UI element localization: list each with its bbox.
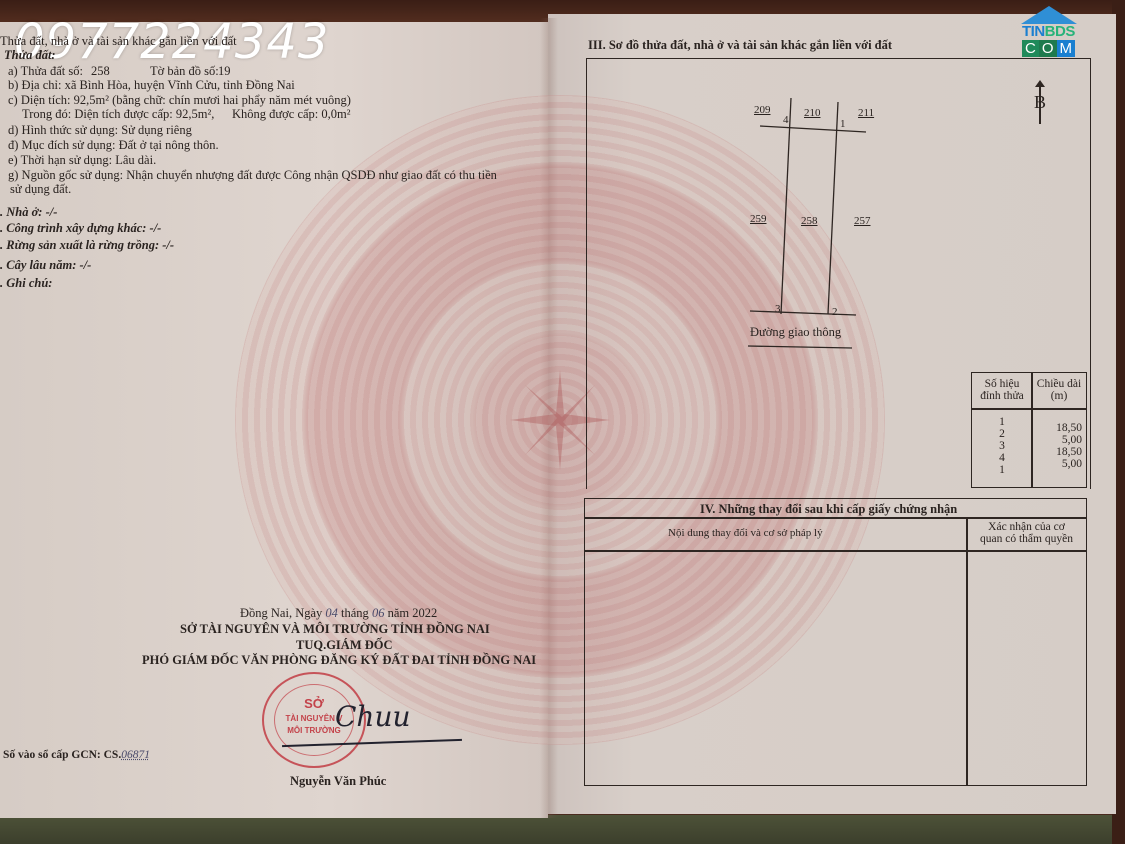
edge-vertex-cell: 2 (973, 428, 1031, 440)
vertex-2: 2 (832, 305, 838, 320)
issue-day: 04 (325, 606, 338, 620)
vertex-3: 3 (775, 302, 781, 317)
changes-column-confirmation: Xác nhận của cơ quan có thẩm quyền (968, 521, 1085, 545)
header-length: Chiều dài (m) (1034, 378, 1084, 402)
parcel-258: 258 (801, 214, 818, 229)
area-granted: Trong đó: Diện tích được cấp: 92,5m², (22, 107, 214, 122)
map-sheet-label: Tờ bản đồ số: (150, 64, 219, 79)
edge-vertex-cell: 4 (973, 452, 1031, 464)
address-line: b) Địa chỉ: xã Bình Hòa, huyện Vĩnh Cửu,… (8, 78, 295, 93)
tinbds-logo: TINBDS C O M (1018, 6, 1080, 62)
other-construction-section: . Công trình xây dựng khác: -/- (0, 221, 161, 236)
land-heading: Thửa đất: (4, 48, 56, 63)
edge-length-cell: 5,00 (1034, 458, 1082, 470)
area-not-granted: Không được cấp: 0,0m² (232, 107, 351, 122)
area-line: c) Diện tích: 92,5m² (bằng chữ: chín mươ… (8, 93, 351, 108)
edge-length-cell: 18,50 (1034, 422, 1082, 434)
signature: Chuu (335, 700, 411, 733)
issue-date: Đồng Nai, Ngày 04 tháng 06 năm 2022 (240, 606, 437, 621)
logo-letter-o: O (1039, 40, 1057, 57)
signer-name: Nguyễn Văn Phúc (290, 774, 386, 789)
edge-vertex-cell: 1 (973, 416, 1031, 428)
department-name: SỞ TÀI NGUYÊN VÀ MÔI TRƯỜNG TỈNH ĐỒNG NA… (180, 622, 490, 637)
logo-letter-c: C (1022, 40, 1039, 57)
section-iii-title: III. Sơ đồ thửa đất, nhà ở và tài sản kh… (588, 38, 892, 53)
house-roof-icon (1021, 6, 1077, 24)
background-bottom (0, 815, 1125, 844)
usage-origin-line2: sử dụng đất. (10, 182, 71, 197)
notes-section: . Ghi chú: (0, 276, 52, 291)
parcel-259: 259 (750, 212, 767, 227)
signer-title: PHÓ GIÁM ĐỐC VĂN PHÒNG ĐĂNG KÝ ĐẤT ĐAI T… (142, 653, 536, 668)
parcel-257: 257 (854, 214, 871, 229)
parcel-number: 258 (91, 64, 110, 79)
parcel-211: 211 (858, 106, 874, 121)
vertex-1: 1 (840, 117, 846, 132)
usage-term: e) Thời hạn sử dụng: Lâu dài. (8, 153, 156, 168)
house-section: . Nhà ở: -/- (0, 205, 57, 220)
north-arrow-icon: B (1032, 80, 1048, 126)
usage-form: d) Hình thức sử dụng: Sử dụng riêng (8, 123, 192, 138)
edge-length-cell: 18,50 (1034, 446, 1082, 458)
road-label: Đường giao thông (750, 325, 841, 340)
registry-number: Số vào sổ cấp GCN: CS.06871 (3, 748, 150, 763)
map-sheet-number: 19 (218, 64, 231, 79)
header-vertex: Số hiệu đỉnh thửa (973, 378, 1031, 402)
parcel-209: 209 (754, 103, 771, 118)
issue-month: 06 (372, 606, 385, 620)
usage-origin-line1: g) Nguồn gốc sử dụng: Nhận chuyển nhượng… (8, 168, 497, 183)
changes-column-content: Nội dung thay đổi và cơ sở pháp lý (668, 526, 823, 541)
section-header: Thửa đất, nhà ở và tài sản khác gắn liền… (0, 34, 237, 49)
page-fold (540, 18, 558, 818)
logo-text-bds: BDS (1045, 23, 1075, 40)
parcel-number-label: a) Thửa đất số: (8, 64, 83, 79)
planted-forest-section: . Rừng sản xuất là rừng trồng: -/- (0, 238, 174, 253)
edge-vertex-cell: 3 (973, 440, 1031, 452)
parcel-210: 210 (804, 106, 821, 121)
logo-text-tin: TIN (1022, 23, 1045, 40)
edge-length-cell: 5,00 (1034, 434, 1082, 446)
on-behalf-title: TUQ.GIÁM ĐỐC (296, 638, 393, 653)
usage-purpose: đ) Mục đích sử dụng: Đất ở tại nông thôn… (8, 138, 219, 153)
edge-vertex-cell: 1 (973, 464, 1031, 476)
vertex-4: 4 (783, 113, 789, 128)
perennial-trees-section: . Cây lâu năm: -/- (0, 258, 91, 273)
section-iv-title: IV. Những thay đổi sau khi cấp giấy chứn… (700, 502, 957, 517)
logo-letter-m: M (1057, 40, 1076, 57)
